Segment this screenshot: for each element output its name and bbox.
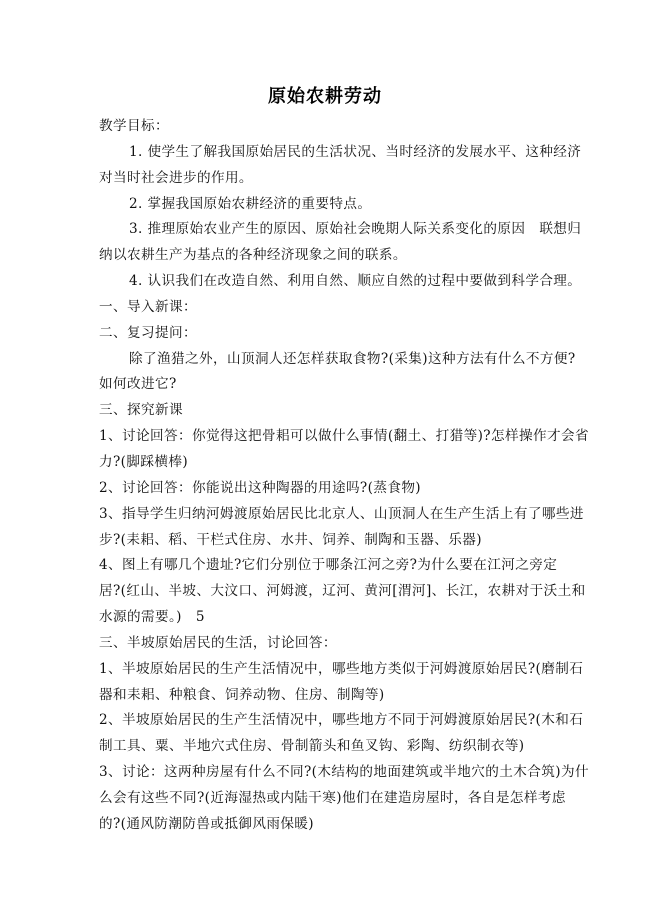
section-heading: 二、复习提问： (99, 321, 553, 347)
text-line: 步?(耒耜、稻、干栏式住房、水井、饲养、制陶和玉器、乐器) (99, 528, 553, 554)
text-line: 3、讨论：这两种房屋有什么不同?(木结构的地面建筑或半地穴的土木合筑)为什 (99, 760, 553, 786)
text-line: 器和耒耜、种粮食、饲养动物、住房、制陶等) (99, 683, 553, 709)
text-line: 水源的需要。) 5 (99, 605, 553, 631)
text-line: 教学目标： (99, 114, 553, 140)
text-line: 居?(红山、半坡、大汶口、河姆渡，辽河、黄河[渭河]、长江，农耕对于沃土和 (99, 579, 553, 605)
section-heading: 一、导入新课： (99, 295, 553, 321)
text-line: 纳以农耕生产为基点的各种经济现象之间的联系。 (99, 243, 553, 269)
page-title: 原始农耕劳动 (0, 86, 650, 108)
text-line: 么会有这些不同?(近海湿热或内陆干寒)他们在建造房屋时，各自是怎样考虑 (99, 786, 553, 812)
section-heading: 三、探究新课 (99, 398, 553, 424)
text-line: 除了渔猎之外，山顶洞人还怎样获取食物?(采集)这种方法有什么不方便? (99, 347, 553, 373)
text-line: 的?(通风防潮防兽或抵御风雨保暖) (99, 812, 553, 838)
text-line: 4. 认识我们在改造自然、利用自然、顺应自然的过程中要做到科学合理。 (99, 269, 553, 295)
text-line: 力?(脚踩横棒) (99, 450, 553, 476)
text-line: 3、指导学生归纳河姆渡原始居民比北京人、山顶洞人在生产生活上有了哪些进 (99, 502, 553, 528)
text-line: 如何改进它? (99, 372, 553, 398)
text-line: 2、讨论回答：你能说出这种陶器的用途吗?(蒸食物) (99, 476, 553, 502)
text-line: 1、半坡原始居民的生产生活情况中，哪些地方类似于河姆渡原始居民?(磨制石 (99, 657, 553, 683)
text-line: 4、图上有哪几个遗址?它们分别位于哪条江河之旁?为什么要在江河之旁定 (99, 553, 553, 579)
text-line: 制工具、粟、半地穴式住房、骨制箭头和鱼叉钩、彩陶、纺织制衣等) (99, 734, 553, 760)
text-line: 2、半坡原始居民的生产生活情况中，哪些地方不同于河姆渡原始居民?(木和石 (99, 708, 553, 734)
section-heading: 三、半坡原始居民的生活，讨论回答： (99, 631, 553, 657)
document-page: 原始农耕劳动 教学目标： 1. 使学生了解我国原始居民的生活状况、当时经济的发展… (0, 0, 650, 919)
document-body: 教学目标： 1. 使学生了解我国原始居民的生活状况、当时经济的发展水平、这种经济… (99, 114, 553, 838)
text-line: 2. 掌握我国原始农耕经济的重要特点。 (99, 192, 553, 218)
text-line: 对当时社会进步的作用。 (99, 166, 553, 192)
text-line: 1、讨论回答：你觉得这把骨耜可以做什么事情(翻土、打猎等)?怎样操作才会省 (99, 424, 553, 450)
text-line: 1. 使学生了解我国原始居民的生活状况、当时经济的发展水平、这种经济 (99, 140, 553, 166)
text-line: 3. 推理原始农业产生的原因、原始社会晚期人际关系变化的原因 联想归 (99, 217, 553, 243)
